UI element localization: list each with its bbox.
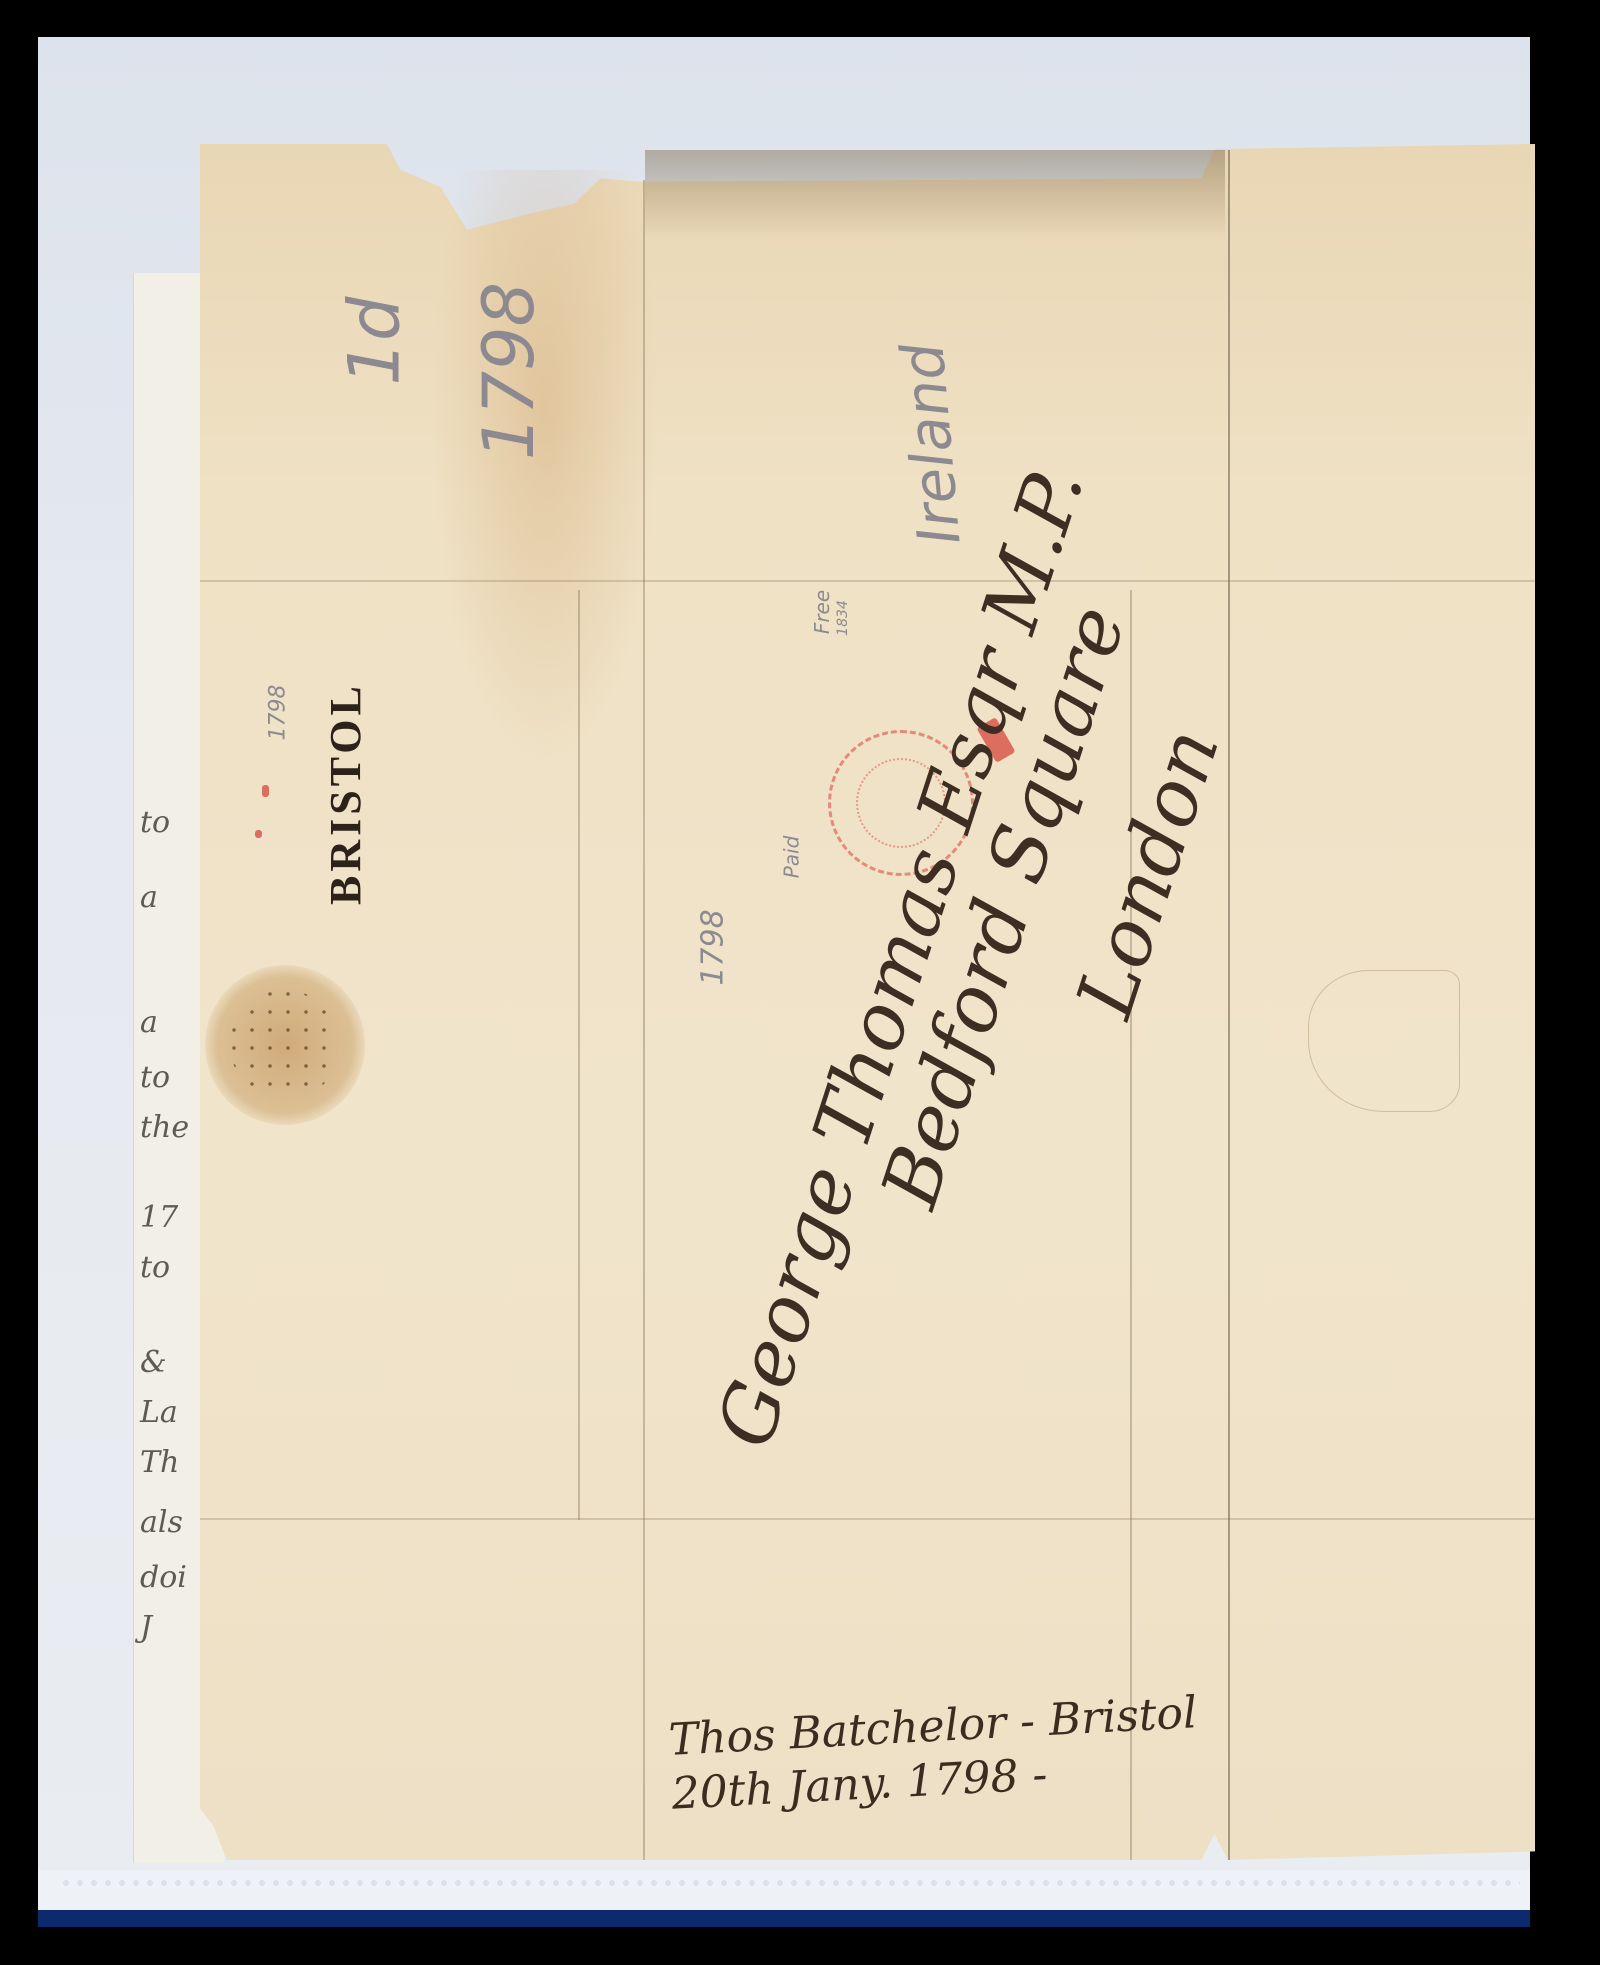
underlying-text-line: &	[140, 1345, 167, 1380]
underlying-text-line: to	[140, 805, 170, 840]
wax-seal-remnant	[205, 965, 365, 1125]
sleeve-bottom-edge	[38, 1870, 1530, 1910]
fold-line	[643, 180, 645, 1860]
underlying-text-line: doi	[140, 1560, 187, 1595]
underlying-text-line: 17	[140, 1200, 178, 1235]
underlying-text-line: the	[140, 1110, 189, 1145]
underlying-text-line: a	[140, 1005, 158, 1040]
pencil-year: 1798	[696, 909, 731, 985]
underlying-text-line: Th	[140, 1445, 179, 1480]
red-ink-mark	[262, 785, 269, 797]
water-stain	[645, 150, 1225, 240]
underlying-text-line: to	[140, 1060, 170, 1095]
pencil-rate: 1d	[333, 297, 415, 386]
pencil-year: 1798	[468, 282, 550, 460]
pencil-note: 1834	[835, 600, 851, 636]
underlying-text-line: als	[140, 1505, 183, 1540]
fold-line	[200, 580, 1535, 582]
underlying-text-line: to	[140, 1250, 170, 1285]
underlying-text-line: a	[140, 880, 158, 915]
fold-line	[200, 1518, 1535, 1520]
red-ink-mark	[255, 830, 262, 838]
underlying-text-line: La	[140, 1395, 178, 1430]
fold-line	[578, 590, 580, 1520]
water-stain	[430, 170, 660, 770]
fold-line	[1228, 150, 1230, 1860]
pencil-year: 1798	[266, 685, 291, 741]
seal-outline	[1308, 970, 1460, 1112]
pencil-note: Free	[810, 590, 834, 634]
album-page-edge	[38, 1910, 1530, 1927]
sleeve-perforation	[60, 1878, 1520, 1888]
pencil-note: Paid	[779, 836, 803, 879]
bristol-postmark: BRISTOL	[320, 682, 371, 905]
underlying-text-line: J	[140, 1610, 152, 1645]
